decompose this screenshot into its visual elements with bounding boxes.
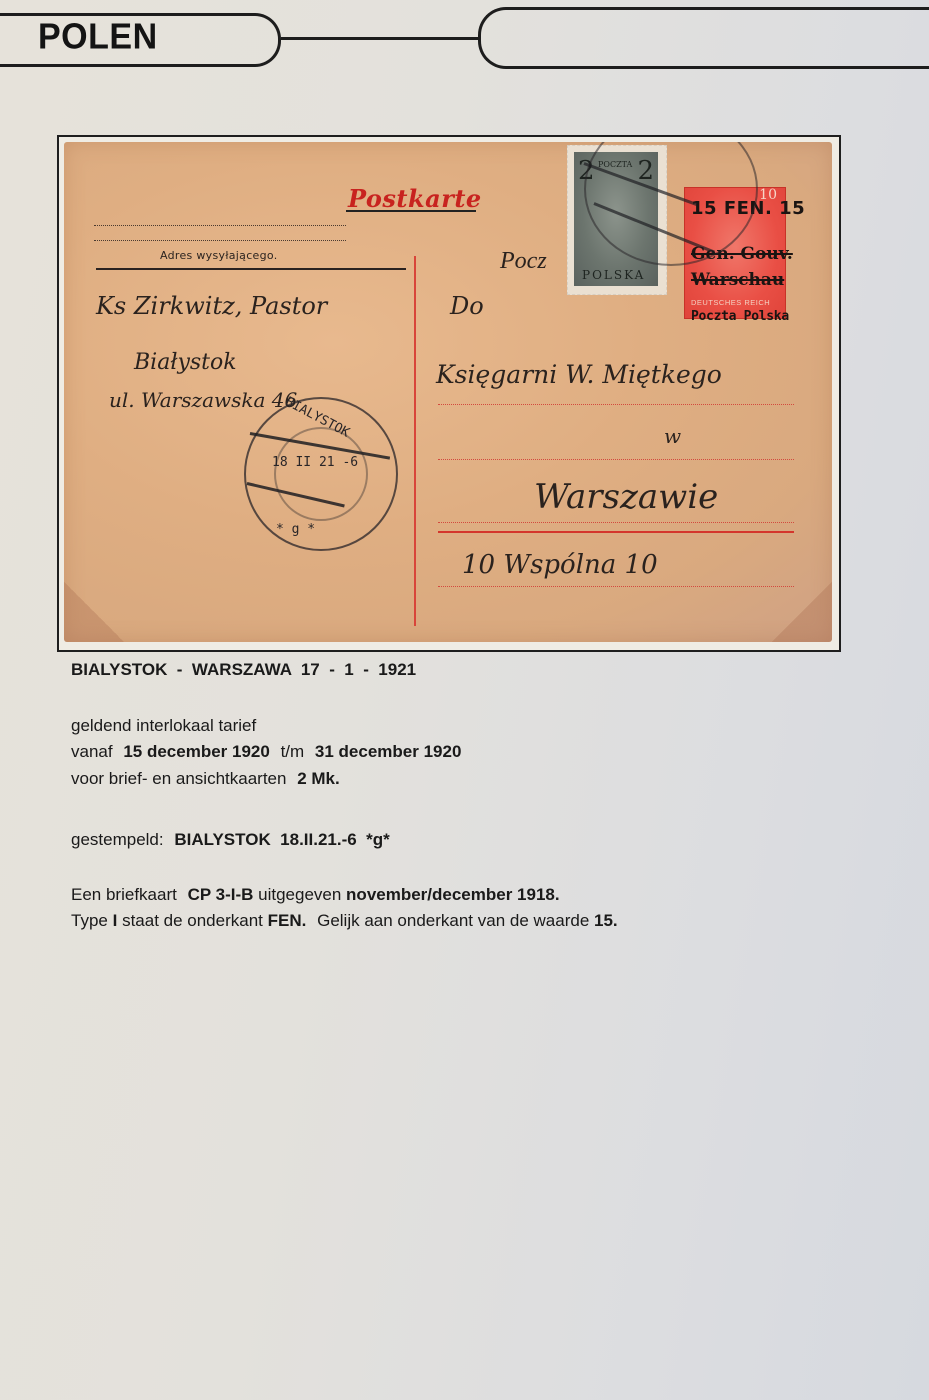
stamp-bottom-text: POLSKA [582,268,645,282]
card-corner-wear [64,582,124,642]
value-15: 15. [594,911,618,930]
address-divider [414,256,416,626]
sender-handwriting-line2: Białystok [134,350,237,375]
sender-label: Adres wysyłającego. [160,249,278,262]
address-dotted-line [438,522,794,523]
sender-handwriting-line3: ul. Warszawska 46 [109,388,297,412]
sender-handwriting-line1: Ks Zirkwitz, Pastor [96,292,327,320]
recipient-line4: 10 Wspólna 10 [462,550,658,580]
type-description: staat de onderkant [122,911,263,930]
sender-divider [96,268,406,270]
address-dotted-line [438,586,794,587]
card-info-line1: Een briefkaart CP 3-I-B uitgegeven novem… [71,885,560,905]
tariff-line2: vanaf 15 december 1920 t/m 31 december 1… [71,742,461,762]
card-info-line2: Type I staat de onderkant FEN. Gelijk aa… [71,911,618,931]
stamp-struck-line2: Warschau [691,270,784,290]
postkarte-title: Postkarte [348,184,482,213]
recipient-salutation: Do [450,292,484,320]
cancel-value: BIALYSTOK 18.II.21.-6 *g* [174,830,389,849]
equal-description: Gelijk aan onderkant van de waarde [317,911,589,930]
type-label: Type [71,911,108,930]
tariff-line3: voor brief- en ansichtkaarten 2 Mk. [71,769,340,789]
tariff-from-label: vanaf [71,742,113,761]
cancel-label: gestempeld: [71,830,164,849]
fen-label: FEN. [268,911,307,930]
sender-dotted-line [94,225,346,226]
route-date-heading: BIALYSTOK - WARSZAWA 17 - 1 - 1921 [71,660,416,680]
postcard: Postkarte Adres wysyłającego. Ks Zirkwit… [64,142,832,642]
stamp-country-line: DEUTSCHES REICH [691,298,770,307]
sender-dotted-line [94,240,346,241]
title-underline [346,210,476,212]
recipient-line3: Warszawie [534,477,718,517]
recipient-line1: Księgarni W. Miętkego [436,360,722,389]
recipient-line2: w [664,424,681,448]
card-type-label: Een briefkaart [71,885,177,904]
header-empty-frame [478,7,929,69]
country-title: POLEN [38,17,158,58]
catalog-number: CP 3-I-B [188,885,254,904]
tariff-until-date: 31 december 1920 [315,742,462,761]
header-connector-line [281,37,479,40]
cancel-line: gestempeld: BIALYSTOK 18.II.21.-6 *g* [71,830,390,850]
type-value: I [113,911,118,930]
tariff-label: geldend interlokaal tarief [71,716,256,735]
stamp-overprint-bottom: Poczta Polska [691,309,789,324]
postmark-bottom: * g * [276,522,315,537]
issued-label: uitgegeven [258,885,341,904]
tariff-amount: 2 Mk. [297,769,340,788]
address-dotted-line [438,404,794,405]
address-dotted-line [438,459,794,460]
card-corner-wear [772,582,832,642]
postmark-date: 18 II 21 -6 [272,455,358,470]
tariff-until-label: t/m [281,742,305,761]
tariff-line1: geldend interlokaal tarief [71,716,256,736]
tariff-category: voor brief- en ansichtkaarten [71,769,286,788]
route-date-text: BIALYSTOK - WARSZAWA 17 - 1 - 1921 [71,660,416,679]
issue-date: november/december 1918. [346,885,560,904]
tariff-from-date: 15 december 1920 [123,742,270,761]
city-underline [438,531,794,533]
recipient-prefix: Pocz [500,248,547,275]
